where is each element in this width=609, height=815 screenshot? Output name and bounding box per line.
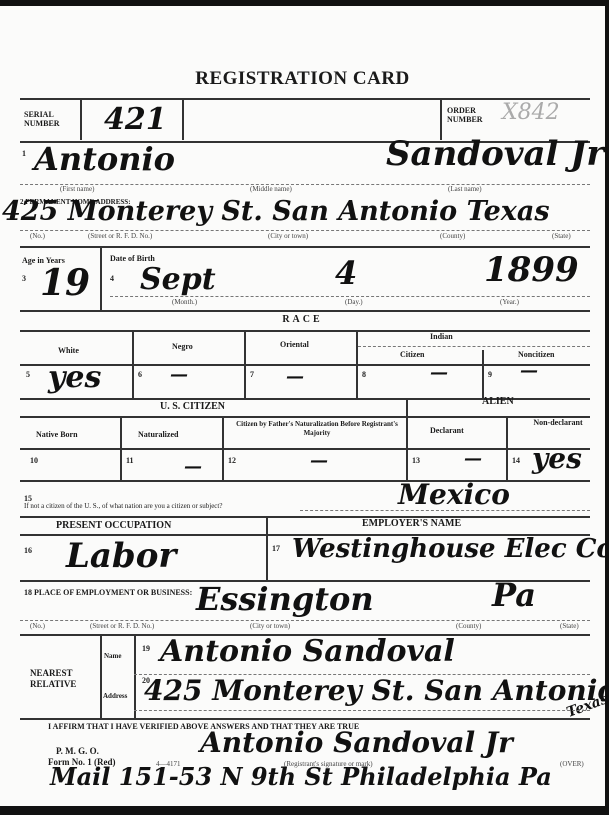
nation-label: If not a citizen of the U. S., of what n… [24,502,222,510]
employer-heading: EMPLOYER'S NAME [362,518,461,529]
race-indian-heading: Indian [430,332,453,341]
citizen-heading: U. S. CITIZEN [160,401,225,412]
dob-year: 1899 [484,250,579,290]
serial-number: 421 [104,102,167,137]
relative-address: 425 Monterey St. San Antonio [144,674,609,707]
nation-value: Mexico [398,478,510,511]
order-label: ORDERNUMBER [447,106,483,124]
dob-day: 4 [335,254,357,292]
registration-card: REGISTRATION CARD SERIALNUMBER 421 ORDER… [0,6,605,806]
first-name: Antonio [34,140,175,178]
mail-note: Mail 151-53 N 9th St Philadelphia Pa [50,762,552,791]
occupation-heading: PRESENT OCCUPATION [56,520,171,531]
dob-month: Sept [140,262,216,297]
employer-value: Westinghouse Elec Co [292,534,609,564]
serial-label: SERIALNUMBER [24,110,60,128]
relative-label: NEARESTRELATIVE [30,668,76,690]
race-heading: RACE [0,314,605,325]
alien-heading: ALIEN [482,396,514,407]
place-city: Essington [196,580,374,618]
occupation-value: Labor [66,536,176,576]
non-declarant-value: yes [532,442,582,475]
registrant-signature: Antonio Sandoval Jr [200,726,513,759]
place-state: Pa [492,576,536,614]
order-number: X842 [502,100,560,125]
relative-name: Antonio Sandoval [160,634,455,669]
age-value: 19 [40,262,90,304]
last-name: Sandoval Jr [386,134,604,174]
place-label: 18 PLACE OF EMPLOYMENT OR BUSINESS: [24,588,192,597]
race-white-value: yes [48,360,101,395]
card-title: REGISTRATION CARD [0,68,605,90]
home-address: 425 Monterey St. San Antonio Texas [2,196,550,227]
